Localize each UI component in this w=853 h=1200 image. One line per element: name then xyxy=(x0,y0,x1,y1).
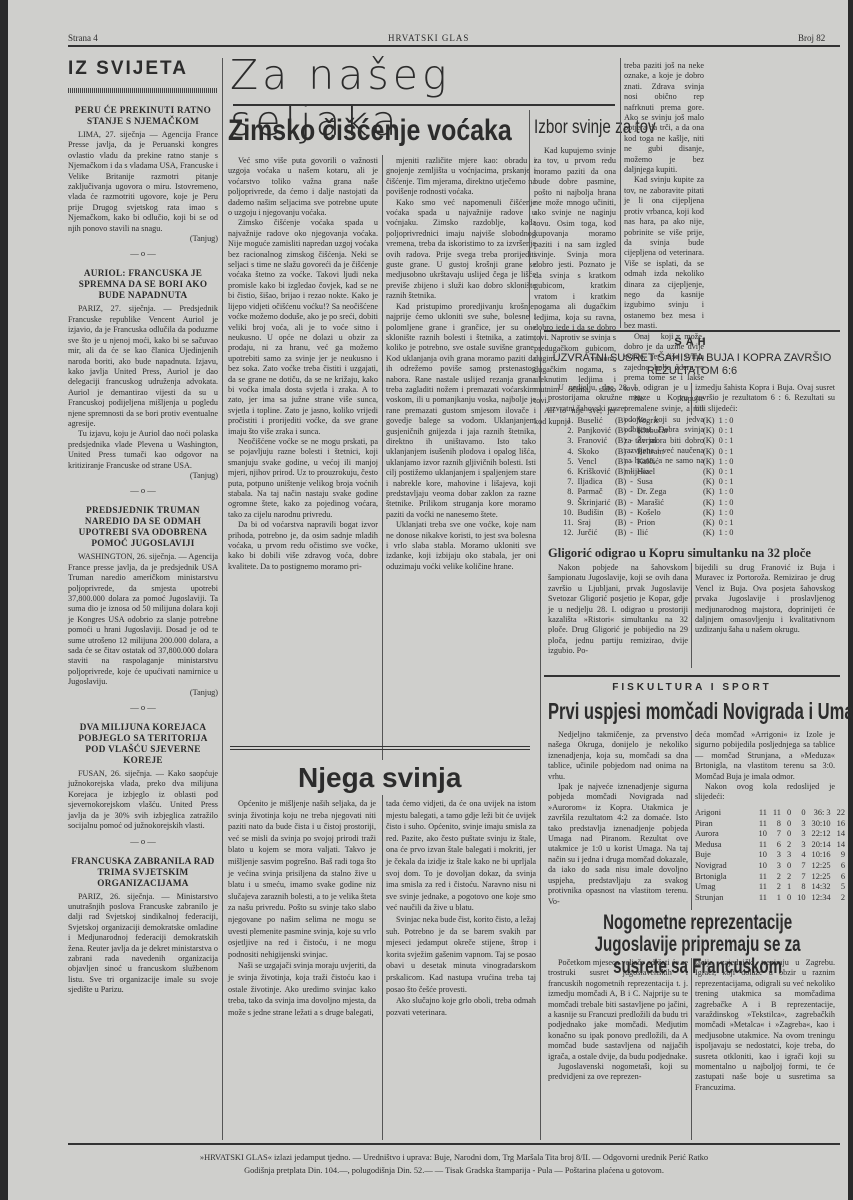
table-row: 2.Panjković(B)-Klobučar(K)0 : 1 xyxy=(563,426,737,436)
paragraph: Jugoslavenski nogometaši, koji su predvi… xyxy=(548,1062,688,1083)
paragraph: Početkom mjeseca veljače održati će se t… xyxy=(548,958,688,1062)
paragraph: deća momčad »Arrigoni« iz Izole je sigur… xyxy=(695,730,835,782)
paragraph: Kad svinju kupite za tov, ne zaboravite … xyxy=(624,175,704,331)
paragraph: tada ćemo vidjeti, da će ona uvijek na i… xyxy=(386,798,536,914)
gligoric-col2: bijedili su drug Franović iz Buja i Mura… xyxy=(695,563,835,636)
article-body: Tu izjavu, koju je Auriol dao noći polas… xyxy=(68,429,218,471)
masthead-rule xyxy=(68,45,840,47)
table-row: 6.Krišković(B)-Hizel(K)0 : 1 xyxy=(563,467,737,477)
page-number: Strana 4 xyxy=(68,33,98,43)
column-divider xyxy=(382,155,383,760)
column-divider xyxy=(620,58,621,328)
footer-rule xyxy=(68,1143,840,1145)
table-row: Arigoni11110036: 322 xyxy=(695,808,848,819)
fruit-article-col2: mjeniti različite mjere kao: obradu i gn… xyxy=(386,156,536,572)
table-row: 4.Skoko(B)-Beltram(K)0 : 1 xyxy=(563,447,737,457)
paragraph: Ipak je najveće iznenadjenje sigurna pob… xyxy=(548,782,688,907)
column-divider xyxy=(540,330,541,1140)
chess-intro-col1: U nedjelju, dne 28. I. odigran je u pros… xyxy=(548,383,688,414)
table-row: 8.Parmač(B)-Dr. Zega(K)1 : 0 xyxy=(563,487,737,497)
paragraph: Općenito je mišljenje naših seljaka, da … xyxy=(228,798,376,960)
league-standings-table: Arigoni11110036: 322 Piran1180330:1016 A… xyxy=(695,808,848,903)
paragraph: Kad pristupimo proredjivanju krošnje, na… xyxy=(386,302,536,521)
banner-rule xyxy=(233,104,615,106)
pig-care-col2: tada ćemo vidjeti, da će ona uvijek na i… xyxy=(386,798,536,1018)
column-divider xyxy=(691,958,692,1140)
column-divider xyxy=(691,563,692,668)
chess-headline: UZVRATNI SUSRET ŠAHISTA BUJA I KOPRA ZAV… xyxy=(544,352,840,378)
article-peru: PERU ĆE PREKINUTI RATNO STANJE S NJEMAČK… xyxy=(68,105,218,258)
issue-number: Broj 82 xyxy=(798,33,825,43)
table-row: 10.Budišin(B)-Košelo(K)1 : 0 xyxy=(563,508,737,518)
table-row: Brtonigla1122712:256 xyxy=(695,872,848,883)
source: (Tanjug) xyxy=(68,688,218,698)
chess-results-table: 1.Buselić(B)-Vogric(K)1 : 0 2.Panjković(… xyxy=(563,416,737,538)
gligoric-headline: Gligorić odigrao u Kopru simultanku na 3… xyxy=(548,546,840,561)
chess-banner: ŠAH xyxy=(544,336,840,348)
section-rule xyxy=(544,675,840,677)
article-france-ban: FRANCUSKA ZABRANILA RAD TRIMA SVJETSKIM … xyxy=(68,856,218,996)
headline-pig-selection: Izbor svinje za tov xyxy=(534,116,606,140)
paragraph: Nakon pobjede na šahovskom šampionatu Ju… xyxy=(548,563,688,657)
newspaper-title: HRVATSKI GLAS xyxy=(388,33,469,43)
table-row: 11.Sraj(B)-Prion(K)0 : 1 xyxy=(563,518,737,528)
headline: PERU ĆE PREKINUTI RATNO STANJE S NJEMAČK… xyxy=(68,105,218,127)
table-row: Umag1121814:325 xyxy=(695,882,848,893)
paragraph: Ako slučajno koje grlo oboli, treba odma… xyxy=(386,995,536,1018)
article-body: WASHINGTON, 26. siječnja. — Agencija Fra… xyxy=(68,552,218,687)
paragraph: Već smo više puta govorili o važnosti uz… xyxy=(228,156,378,218)
paragraph: Neočišćene voćke se ne mogu prskati, pa … xyxy=(228,437,378,520)
headline: PREDSJEDNIK TRUMAN NAREDIO DA SE ODMAH U… xyxy=(68,505,218,549)
article-truman: PREDSJEDNIK TRUMAN NAREDIO DA SE ODMAH U… xyxy=(68,505,218,712)
headline-fruit-pruning: Zimsko čišćenje voćaka xyxy=(228,113,436,149)
section-rule xyxy=(544,330,840,332)
paragraph: Nedjeljno takmičenje, za prvenstvo našeg… xyxy=(548,730,688,782)
section-rule xyxy=(230,749,530,750)
sport-article2-col2: tacije, zajednički treniraju u Zagrebu. … xyxy=(695,958,835,1093)
decorative-rule xyxy=(68,88,218,93)
table-row: 1.Buselić(B)-Vogric(K)1 : 0 xyxy=(563,416,737,426)
paragraph: U nedjelju, dne 28. I. odigran je u pros… xyxy=(548,383,688,414)
paragraph: bijedili su drug Franović iz Buja i Mura… xyxy=(695,563,835,636)
pig-selection-col2: treba paziti još na neke oznake, a koje … xyxy=(624,61,704,477)
pig-care-col1: Općenito je mišljenje naših seljaka, da … xyxy=(228,798,376,1018)
paragraph: Nakon ovog kola redoslijed je slijedeći: xyxy=(695,782,835,803)
column-divider xyxy=(691,383,692,415)
table-row: 9.Škrinjarić(B)-Marašić(K)1 : 0 xyxy=(563,498,737,508)
separator: — o — xyxy=(68,248,218,258)
sport-article2-col1: Početkom mjeseca veljače održati će se t… xyxy=(548,958,688,1083)
column-divider xyxy=(222,58,223,1140)
table-row: 7.Iljadica(B)-Susa(K)0 : 1 xyxy=(563,477,737,487)
sport-banner: FISKULTURA I SPORT xyxy=(544,682,840,693)
article-body: FUSAN, 26. siječnja. — Kako saopćuje juž… xyxy=(68,769,218,831)
headline-first-successes: Prvi uspjesi momčadi Novigrada i Umaga xyxy=(548,698,853,724)
table-row: 5.Vencl(B)-Kalčić(K)1 : 0 xyxy=(563,457,737,467)
table-row: Medusa1162320:1414 xyxy=(695,840,848,851)
article-body: PARIZ, 26. siječnja. — Ministarstvo unut… xyxy=(68,892,218,996)
separator: — o — xyxy=(68,485,218,495)
source: (Tanjug) xyxy=(68,471,218,481)
table-row: Aurora1070322:1214 xyxy=(695,829,848,840)
section-rule xyxy=(230,746,530,747)
headline: FRANCUSKA ZABRANILA RAD TRIMA SVJETSKIM … xyxy=(68,856,218,889)
paragraph: mjeniti različite mjere kao: obradu i gn… xyxy=(386,156,536,198)
headline: DVA MILIJUNA KOREJACA POBJEGLO SA TERITO… xyxy=(68,722,218,766)
imprint-line: »HRVATSKI GLAS« izlazi jedamput tjedno. … xyxy=(68,1151,840,1164)
source: (Tanjug) xyxy=(68,234,218,244)
world-news-column: IZ SVIJETA PERU ĆE PREKINUTI RATNO STANJ… xyxy=(68,58,218,996)
column-divider xyxy=(382,795,383,1140)
paragraph: izmedju šahista Kopra i Buja. Ovaj susre… xyxy=(695,383,835,414)
separator: — o — xyxy=(68,702,218,712)
fruit-article-col1: Već smo više puta govorili o važnosti uz… xyxy=(228,156,378,572)
article-auriol: AURIOL: FRANCUSKA JE SPREMNA DA SE BORI … xyxy=(68,268,218,495)
article-body: LIMA, 27. siječnja — Agencija France Pre… xyxy=(68,130,218,234)
paragraph: tacije, zajednički treniraju u Zagrebu. … xyxy=(695,958,835,1093)
headline-pig-care: Njega svinja xyxy=(298,762,461,794)
paragraph: Uklanjati treba sve one voćke, koje nam … xyxy=(386,520,536,572)
article-body: PARIZ, 27. siječnja. — Predsjednik Franc… xyxy=(68,304,218,429)
column-divider xyxy=(529,110,530,325)
article-korea: DVA MILIJUNA KOREJACA POBJEGLO SA TERITO… xyxy=(68,722,218,845)
paragraph: Svinjac neka bude čist, korito čisto, a … xyxy=(386,914,536,995)
table-row: Piran1180330:1016 xyxy=(695,819,848,830)
paragraph: treba paziti još na neke oznake, a koje … xyxy=(624,61,704,175)
paragraph: Kako smo već napomenuli čišćenje voćaka … xyxy=(386,198,536,302)
chess-intro-col2: izmedju šahista Kopra i Buja. Ovaj susre… xyxy=(695,383,835,414)
section-title: IZ SVIJETA xyxy=(68,58,218,80)
imprint: »HRVATSKI GLAS« izlazi jedamput tjedno. … xyxy=(68,1151,840,1177)
newspaper-page: Strana 4 HRVATSKI GLAS Broj 82 IZ SVIJET… xyxy=(8,0,848,1200)
gligoric-col1: Nakon pobjede na šahovskom šampionatu Ju… xyxy=(548,563,688,657)
sport-article1-col1: Nedjeljno takmičenje, za prvenstvo našeg… xyxy=(548,730,688,907)
table-row: 3.Franović(B)-Žerjal(K)0 : 1 xyxy=(563,436,737,446)
imprint-line: Godišnja pretplata Din. 104.—, polugodiš… xyxy=(68,1164,840,1177)
table-row: Strunjan11101012:342 xyxy=(695,893,848,904)
paragraph: Da bi od voćarstva napravili bogat izvor… xyxy=(228,520,378,572)
separator: — o — xyxy=(68,836,218,846)
table-row: 12.Jurčić(B)-Ilić(K)1 : 0 xyxy=(563,528,737,538)
sport-article1-col2: deća momčad »Arrigoni« iz Izole je sigur… xyxy=(695,730,835,803)
paragraph: Naši se uzgajači svinja moraju uvjeriti,… xyxy=(228,960,376,1018)
table-row: Buje1033410:169 xyxy=(695,850,848,861)
paragraph: Zimsko čišćenje voćaka spada u najvažnij… xyxy=(228,218,378,437)
headline: AURIOL: FRANCUSKA JE SPREMNA DA SE BORI … xyxy=(68,268,218,301)
column-divider xyxy=(691,730,692,910)
table-row: Novigrad1030712:256 xyxy=(695,861,848,872)
